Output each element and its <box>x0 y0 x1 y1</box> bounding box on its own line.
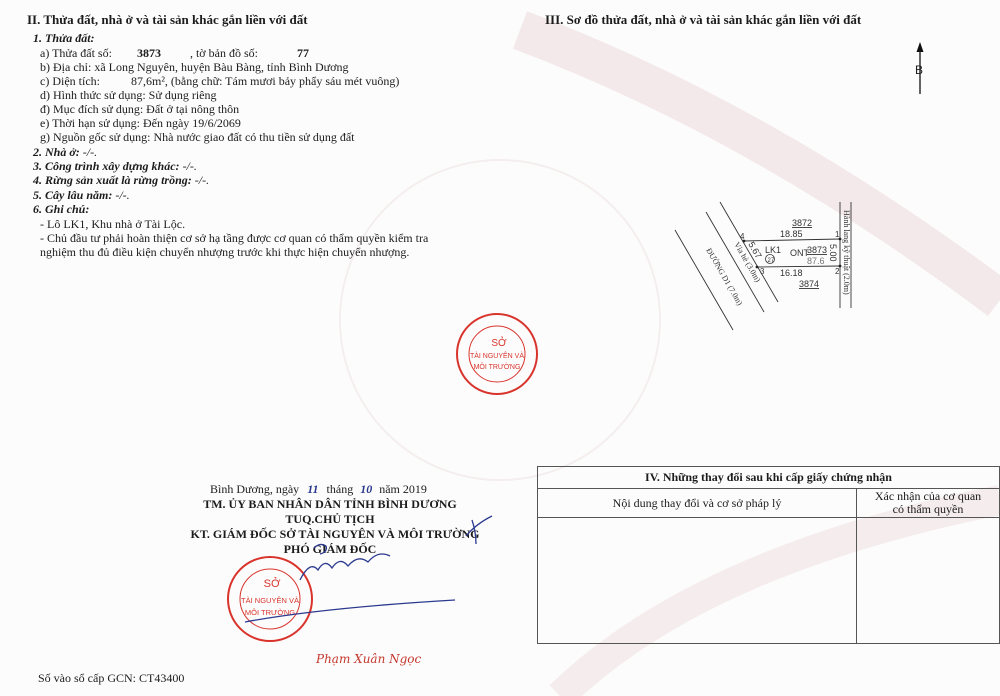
area-row: c) Diện tích: 87,6m², (bằng chữ: Tám mươ… <box>40 74 399 88</box>
confirmation-cell <box>857 518 1000 644</box>
usage-origin: g) Nguồn gốc sử dụng: Nhà nước giao đất … <box>40 130 354 144</box>
vertex-1: 1 <box>835 230 840 239</box>
date-month: 10 <box>360 482 372 496</box>
parcel-number: 3873 <box>137 46 161 60</box>
change-content-cell <box>538 518 857 644</box>
signer-name: Phạm Xuân Ngọc <box>316 652 421 666</box>
column-header-confirmation: Xác nhận của cơ quan có thẩm quyền <box>857 489 1000 518</box>
map-sheet-label: , tờ bản đồ số: <box>190 46 258 60</box>
usage-form: d) Hình thức sử dụng: Sử dụng riêng <box>40 88 217 102</box>
column-header-content: Nội dung thay đổi và cơ sở pháp lý <box>538 489 857 518</box>
trees-label: 5. Cây lâu năm: <box>33 188 112 202</box>
house-row: 2. Nhà ở: -/-. <box>33 145 97 159</box>
col2-line2: có thẩm quyền <box>858 503 998 516</box>
parcel-heading: 1. Thửa đất: <box>33 31 95 46</box>
lot-label: LK1 <box>765 245 781 255</box>
signing-date: Bình Dương, ngày 11 tháng 10 năm 2019 <box>210 482 427 496</box>
address: b) Địa chỉ: xã Long Nguyên, huyện Bàu Bà… <box>40 60 348 74</box>
year-label: năm 2019 <box>379 482 427 496</box>
usage-term: e) Thời hạn sử dụng: Đến ngày 19/6/2069 <box>40 116 241 130</box>
other-works-label: 3. Công trình xây dựng khác: <box>33 159 180 173</box>
section-iii-title: III. Sơ đồ thửa đất, nhà ở và tài sản kh… <box>545 12 861 28</box>
edge-length-top: 18.85 <box>780 229 803 239</box>
vertex-4: 4 <box>740 232 745 241</box>
date-day: 11 <box>307 482 318 496</box>
note-item: - Lô LK1, Khu nhà ở Tài Lộc. <box>40 217 185 231</box>
stamp-line3: MÔI TRƯỜNG <box>474 362 521 371</box>
trees-value: -/-. <box>115 188 129 202</box>
house-value: -/-. <box>83 145 97 159</box>
area-label: c) Diện tích: <box>40 74 100 88</box>
parcel-diagram: 3872 18.85 16.18 3874 LK1 ONT 3873 87.6 … <box>660 180 860 340</box>
registry-number: Số vào sổ cấp GCN: CT43400 <box>38 671 184 685</box>
forest-row: 4. Rừng sản xuất là rừng trồng: -/-. <box>33 173 209 187</box>
neighbor-north: 3872 <box>792 218 812 228</box>
vertex-2: 2 <box>835 267 840 276</box>
other-works-row: 3. Công trình xây dựng khác: -/-. <box>33 159 197 173</box>
map-sheet-number: 77 <box>297 46 309 60</box>
edge-length-bottom: 16.18 <box>780 268 803 278</box>
changes-table: IV. Những thay đổi sau khi cấp giấy chứn… <box>537 466 1000 644</box>
center-stamp: SỞ TÀI NGUYÊN VÀ MÔI TRƯỜNG <box>447 308 547 400</box>
section-ii-title: II. Thửa đất, nhà ở và tài sản khác gắn … <box>27 12 308 28</box>
month-label: tháng <box>327 482 354 496</box>
section-iv-title: IV. Những thay đổi sau khi cấp giấy chứn… <box>538 467 1000 489</box>
date-prefix: Bình Dương, ngày <box>210 482 299 496</box>
note-item: - Chủ đầu tư phải hoàn thiện cơ sở hạ tầ… <box>40 231 428 245</box>
north-label: B <box>915 63 923 77</box>
handwritten-signature <box>240 510 510 630</box>
edge-length-right: 5.00 <box>828 244 838 262</box>
lot-marker: 27 <box>768 258 775 264</box>
usage-purpose: đ) Mục đích sử dụng: Đất ở tại nông thôn <box>40 102 239 116</box>
parcel-area-plot: 87.6 <box>807 256 825 266</box>
trees-row: 5. Cây lâu năm: -/-. <box>33 188 130 202</box>
neighbor-south: 3874 <box>799 279 819 289</box>
forest-label: 4. Rừng sản xuất là rừng trồng: <box>33 173 192 187</box>
other-works-value: -/-. <box>183 159 197 173</box>
notes-heading: 6. Ghi chú: <box>33 202 89 217</box>
corridor-label: Hành lang kỹ thuật (2.0m) <box>842 210 851 295</box>
house-label: 2. Nhà ở: <box>33 145 80 159</box>
parcel-number-label: a) Thửa đất số: <box>40 46 112 60</box>
note-item: nghiệm thu đủ điều kiện chuyển nhượng tr… <box>40 245 409 259</box>
stamp-line2: TÀI NGUYÊN VÀ <box>470 351 524 360</box>
parcel-number-row: a) Thửa đất số: 3873 , tờ bản đồ số: 77 <box>40 46 309 60</box>
forest-value: -/-. <box>195 173 209 187</box>
area-value: 87,6m², (bằng chữ: Tám mươi bảy phẩy sáu… <box>131 74 399 88</box>
parcel-number-plot: 3873 <box>807 245 827 255</box>
stamp-line1: SỞ <box>491 336 507 349</box>
